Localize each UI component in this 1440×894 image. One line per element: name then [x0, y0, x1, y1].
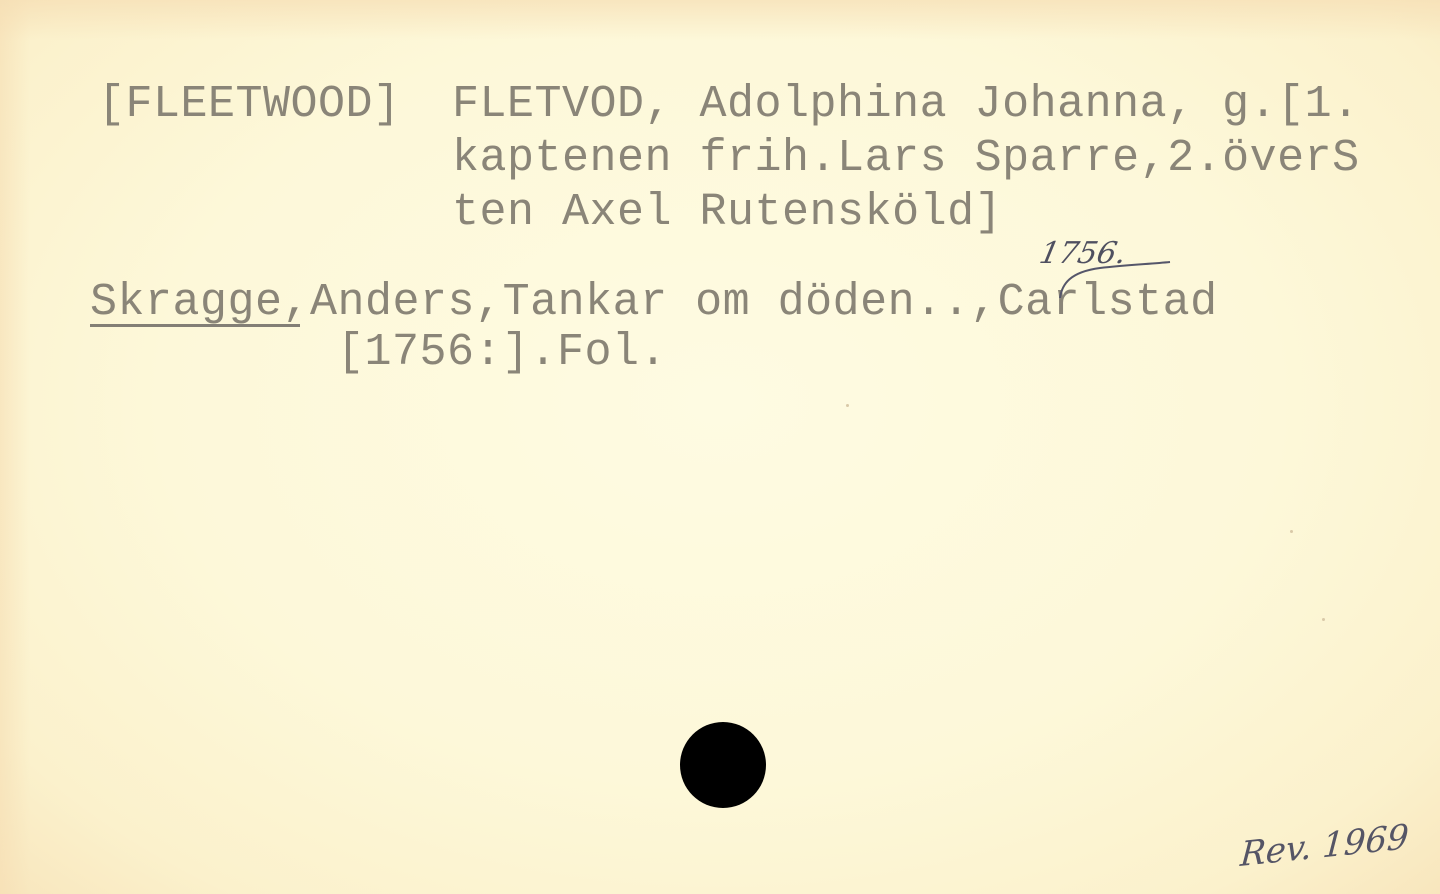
- catalog-card: [FLEETWOOD] FLETVOD, Adolphina Johanna, …: [0, 0, 1440, 894]
- heading-line-2: kaptenen frih.Lars Sparre,2.överS: [452, 133, 1360, 184]
- bracketed-heading-name: [FLEETWOOD]: [98, 78, 401, 132]
- author-underline: [90, 324, 300, 327]
- heading-line-1: FLETVOD, Adolphina Johanna, g.[1.: [452, 79, 1360, 130]
- handwritten-insertion-mark-icon: [1040, 258, 1180, 298]
- revision-note: Rev. 1969: [1239, 817, 1410, 875]
- paper-speck: [846, 404, 849, 407]
- heading-block: FLETVOD, Adolphina Johanna, g.[1. kapten…: [452, 78, 1360, 240]
- punch-hole: [680, 722, 766, 808]
- heading-line-3: ten Axel Rutensköld]: [452, 187, 1002, 238]
- paper-speck: [1322, 618, 1325, 621]
- entry-line-2: [1756:].Fol.: [337, 326, 667, 380]
- paper-speck: [1290, 530, 1293, 533]
- entry-author: Skragge: [90, 277, 283, 328]
